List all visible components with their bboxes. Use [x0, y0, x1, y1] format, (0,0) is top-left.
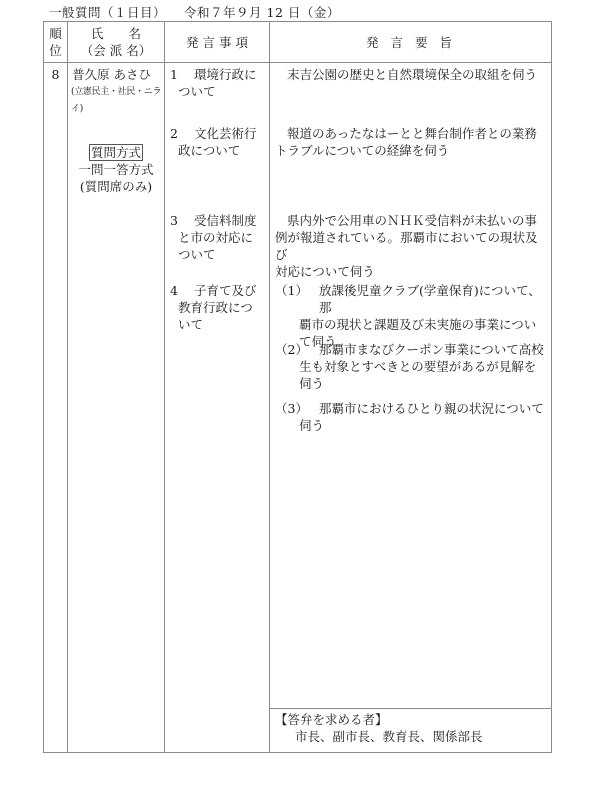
subitem-label: （2）	[275, 341, 308, 358]
summary-subitem-2: （2） 那覇市まなびクーポン事業について高校 生も対象とすべきとの要望があるが見…	[275, 341, 549, 392]
member-name: 普久原 あさひ	[72, 66, 164, 83]
member-party: (立憲民主・社民・ニライ)	[71, 84, 165, 118]
question-table: 順 位 氏 名 （会 派 名） 発 言 事 項 発 言 要 旨 8 普久原 あさ…	[43, 21, 552, 753]
summary-item-3: 県内外で公用車のＮＨＫ受信料が未払いの事 例が報道されている。那覇市においての現…	[275, 212, 549, 280]
topic-line: いて	[170, 316, 268, 333]
topic-line: 教育行政につ	[170, 299, 268, 316]
document-title-line: 一般質問（１日目）令和７年９月 12 日（金）	[49, 3, 340, 21]
summary-item-1: 末吉公園の歴史と自然環境保全の取組を伺う	[275, 66, 549, 83]
header-topics: 発 言 事 項	[165, 34, 269, 51]
summary-line: 放課後児童クラブ(学童保育)について、那	[275, 282, 549, 316]
summary-line: 伺う	[275, 417, 549, 434]
topic-item-2: 2文化芸術行 政について	[170, 125, 268, 159]
summary-line: 生も対象とすべきとの要望があるが見解を	[275, 358, 549, 375]
topic-item-4: 4子育て及び 教育行政につ いて	[170, 282, 268, 333]
session-date: 令和７年９月 12 日（金）	[184, 5, 340, 20]
summary-line: 那覇市まなびクーポン事業について高校	[275, 341, 549, 358]
respondents-divider	[269, 708, 551, 709]
summary-line: 末吉公園の歴史と自然環境保全の取組を伺う	[275, 66, 549, 83]
topic-line: 受信料制度	[194, 213, 257, 228]
summary-subitem-1: （1） 放課後児童クラブ(学童保育)について、那 覇市の現状と課題及び未実施の事…	[275, 282, 549, 350]
column-divider	[164, 22, 165, 752]
question-method-label: 質問方式	[89, 144, 143, 161]
summary-line: 対応について伺う	[275, 263, 549, 280]
column-divider	[269, 22, 270, 752]
topic-line: 環境行政に	[194, 67, 257, 82]
summary-line: 報道のあったなはーとと舞台制作者との業務	[275, 125, 549, 142]
respondents-list: 市長、副市長、教育長、関係部長	[275, 728, 549, 745]
topic-number: 4	[170, 283, 178, 298]
summary-line: 県内外で公用車のＮＨＫ受信料が未払いの事	[275, 212, 549, 229]
topic-item-3: 3受信料制度 と市の対応に ついて	[170, 212, 268, 263]
summary-line: 覇市の現状と課題及び未実施の事業につい	[275, 316, 549, 333]
summary-line: 例が報道されている。那覇市においての現状及び	[275, 229, 549, 263]
respondents-label: 【答弁を求める者】	[275, 711, 549, 728]
topic-number: 3	[170, 213, 178, 228]
summary-line: トラブルについての経緯を伺う	[275, 142, 549, 159]
header-order-line: 位	[44, 42, 67, 59]
question-seat: (質問席のみ)	[68, 178, 164, 195]
document-title: 一般質問（１日目）	[49, 5, 166, 20]
header-divider	[44, 62, 551, 63]
topic-line: 政について	[170, 142, 268, 159]
topic-line: ついて	[170, 83, 268, 100]
topic-line: ついて	[170, 246, 268, 263]
header-name: 氏 名 （会 派 名）	[68, 25, 164, 59]
header-party-line: （会 派 名）	[68, 42, 164, 59]
topic-item-1: 1環境行政に ついて	[170, 66, 268, 100]
subitem-label: （1）	[275, 282, 308, 299]
summary-line: 那覇市におけるひとり親の状況について	[275, 400, 549, 417]
topic-number: 2	[170, 126, 178, 141]
question-method-block: 質問方式 一問一答方式 (質問席のみ)	[68, 144, 164, 195]
header-order-line: 順	[44, 25, 67, 42]
header-order: 順 位	[44, 25, 67, 59]
summary-line: 伺う	[275, 375, 549, 392]
topic-line: 子育て及び	[194, 283, 257, 298]
order-number: 8	[44, 66, 67, 83]
summary-item-2: 報道のあったなはーとと舞台制作者との業務 トラブルについての経緯を伺う	[275, 125, 549, 159]
question-method: 一問一答方式	[68, 161, 164, 178]
header-summary: 発 言 要 旨	[270, 34, 552, 51]
topic-number: 1	[170, 67, 178, 82]
respondents-block: 【答弁を求める者】 市長、副市長、教育長、関係部長	[275, 711, 549, 745]
topic-line: 文化芸術行	[194, 126, 257, 141]
column-divider	[67, 22, 68, 752]
topic-line: と市の対応に	[170, 229, 268, 246]
subitem-label: （3）	[275, 400, 308, 417]
summary-subitem-3: （3） 那覇市におけるひとり親の状況について 伺う	[275, 400, 549, 434]
header-name-line: 氏 名	[68, 25, 164, 42]
